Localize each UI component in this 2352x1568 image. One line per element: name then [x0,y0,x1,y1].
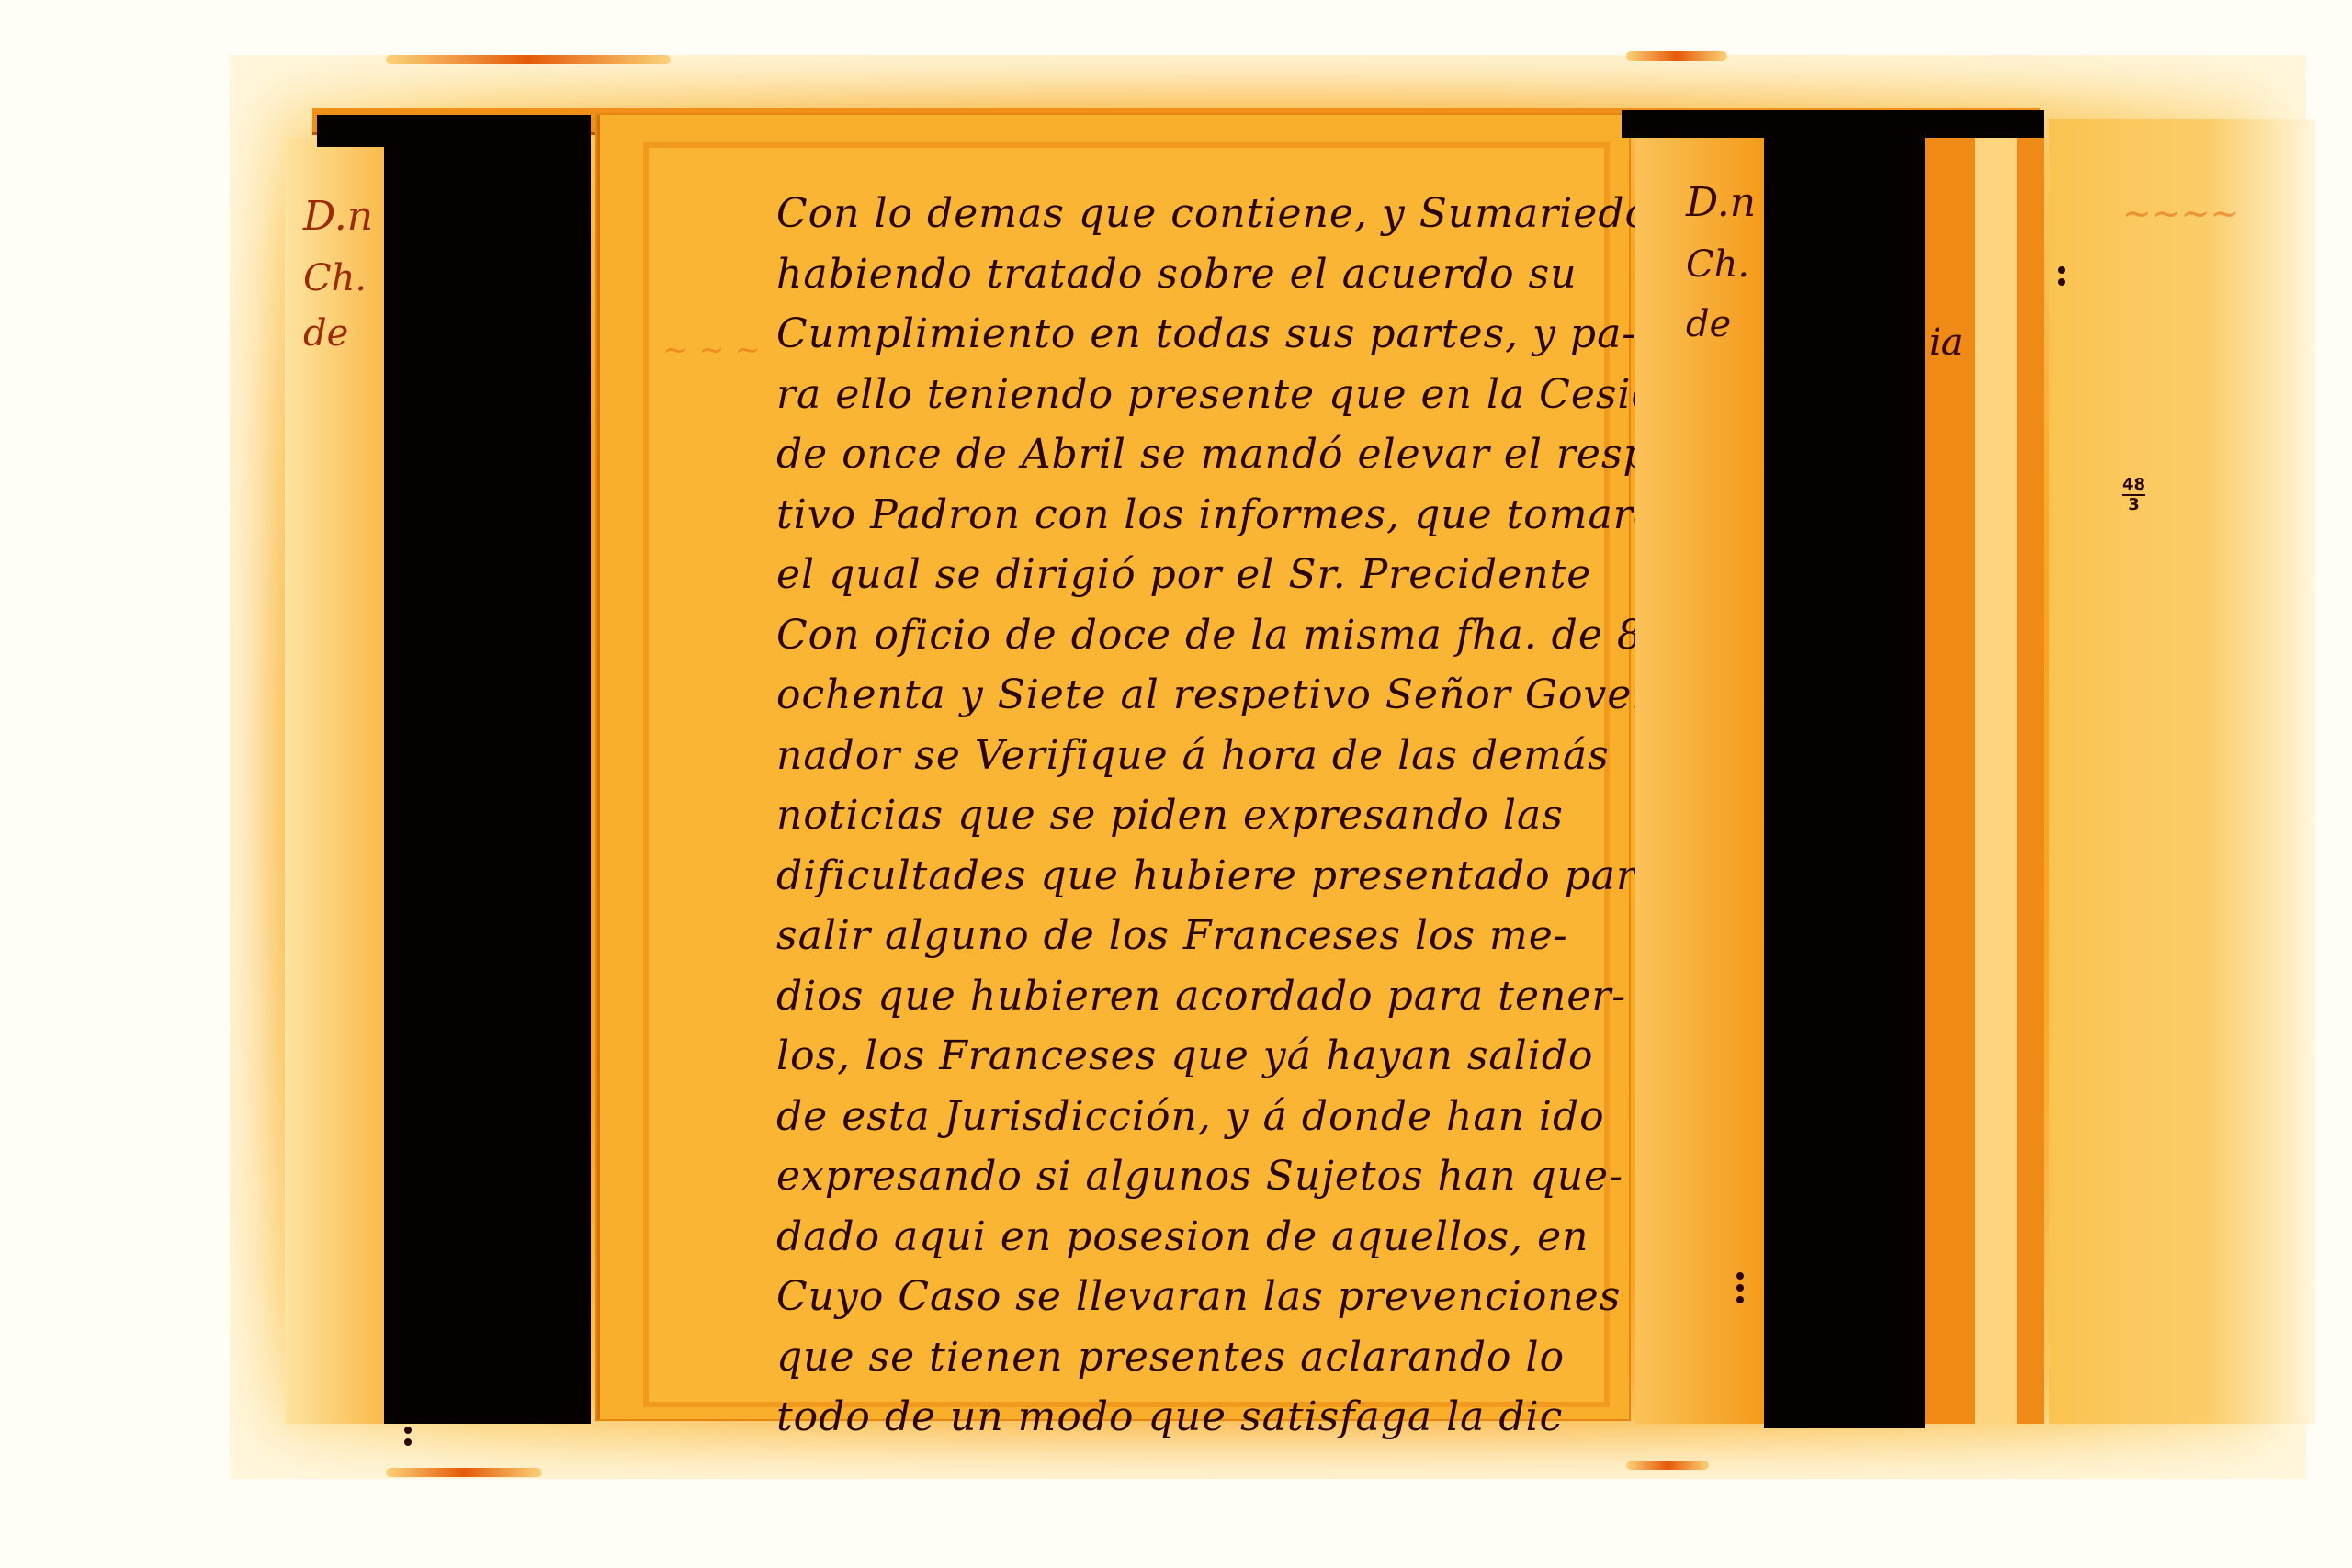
right-margin-line: D.n [1686,179,1756,226]
binder-edge-top-left [386,55,671,64]
redaction-bar-right [1764,115,1925,1428]
manuscript-line: Cuyo Caso se llevaran las prevenciones [776,1267,1603,1327]
manuscript-line: Con oficio de doce de la misma fha. de 8… [776,605,1603,666]
page-edge-strip [1975,138,2017,1424]
manuscript-line: dificultades que hubiere presentado para [776,846,1603,907]
manuscript-line: todo de un modo que satisfaga la dic [776,1387,1603,1448]
redaction-bar-left [384,115,591,1424]
right-tab-text: ia [1929,321,1963,364]
manuscript-line: los, los Franceses que yá hayan salido [776,1026,1603,1087]
left-margin-line: D.n [303,193,373,240]
manuscript-line: tivo Padron con los informes, que tomaro… [776,485,1603,546]
manuscript-line: Cumplimiento en todas sus partes, y pa- [776,304,1603,365]
redaction-bar-right-top [1622,110,2044,138]
manuscript-line: salir alguno de los Franceses los me- [776,906,1603,966]
binder-edge-top-right [1626,51,1727,61]
folio-denominator: 3 [2122,494,2145,514]
folio-numerator: 48 [2122,476,2145,494]
manuscript-line: Con lo demas que contiene, y Sumariedo [776,184,1603,244]
right-margin-line: Ch. [1686,243,1749,286]
left-margin-line: de [303,312,348,355]
binding-holes [1736,1272,1744,1308]
folio-number: 48 3 [2122,476,2145,514]
manuscript-line: dios que hubieren acordado para tener- [776,966,1603,1027]
manuscript-text: Con lo demas que contiene, y Sumariedo h… [776,184,1603,1448]
manuscript-line: ochenta y Siete al respetivo Señor Gover… [776,665,1603,726]
right-margin-line: de [1686,303,1731,345]
redaction-bar-left-top [317,115,390,147]
far-right-page-fragment: ~~~~ [2049,119,2315,1424]
bleed-through-text: ~ ~ ~ [662,332,761,368]
manuscript-line: de esta Jurisdicción, y á donde han ido [776,1087,1603,1147]
right-page-fragment: D.n Ch. de [1635,138,1764,1424]
manuscript-line: expresando si algunos Sujetos han que- [776,1146,1603,1207]
manuscript-line: noticias que se piden expresando las [776,785,1603,846]
binding-holes [2058,266,2065,290]
manuscript-line: el qual se dirigió por el Sr. Precidente [776,545,1603,605]
manuscript-line: de once de Abril se mandó elevar el resp… [776,424,1603,485]
manuscript-line: habiendo tratado sobre el acuerdo su [776,244,1603,305]
manuscript-line: que se tienen presentes aclarando lo [776,1327,1603,1388]
binder-edge-bottom-right [1626,1461,1709,1470]
binder-edge-bottom-left [386,1468,542,1477]
bleed-through-text: ~~~~ [2122,193,2239,233]
manuscript-line: ra ello teniendo presente que en la Cesi… [776,365,1603,425]
manuscript-line: dado aqui en posesion de aquellos, en [776,1207,1603,1268]
manuscript-line: nador se Verifique á hora de las demás [776,726,1603,786]
left-margin-line: Ch. [303,257,367,299]
